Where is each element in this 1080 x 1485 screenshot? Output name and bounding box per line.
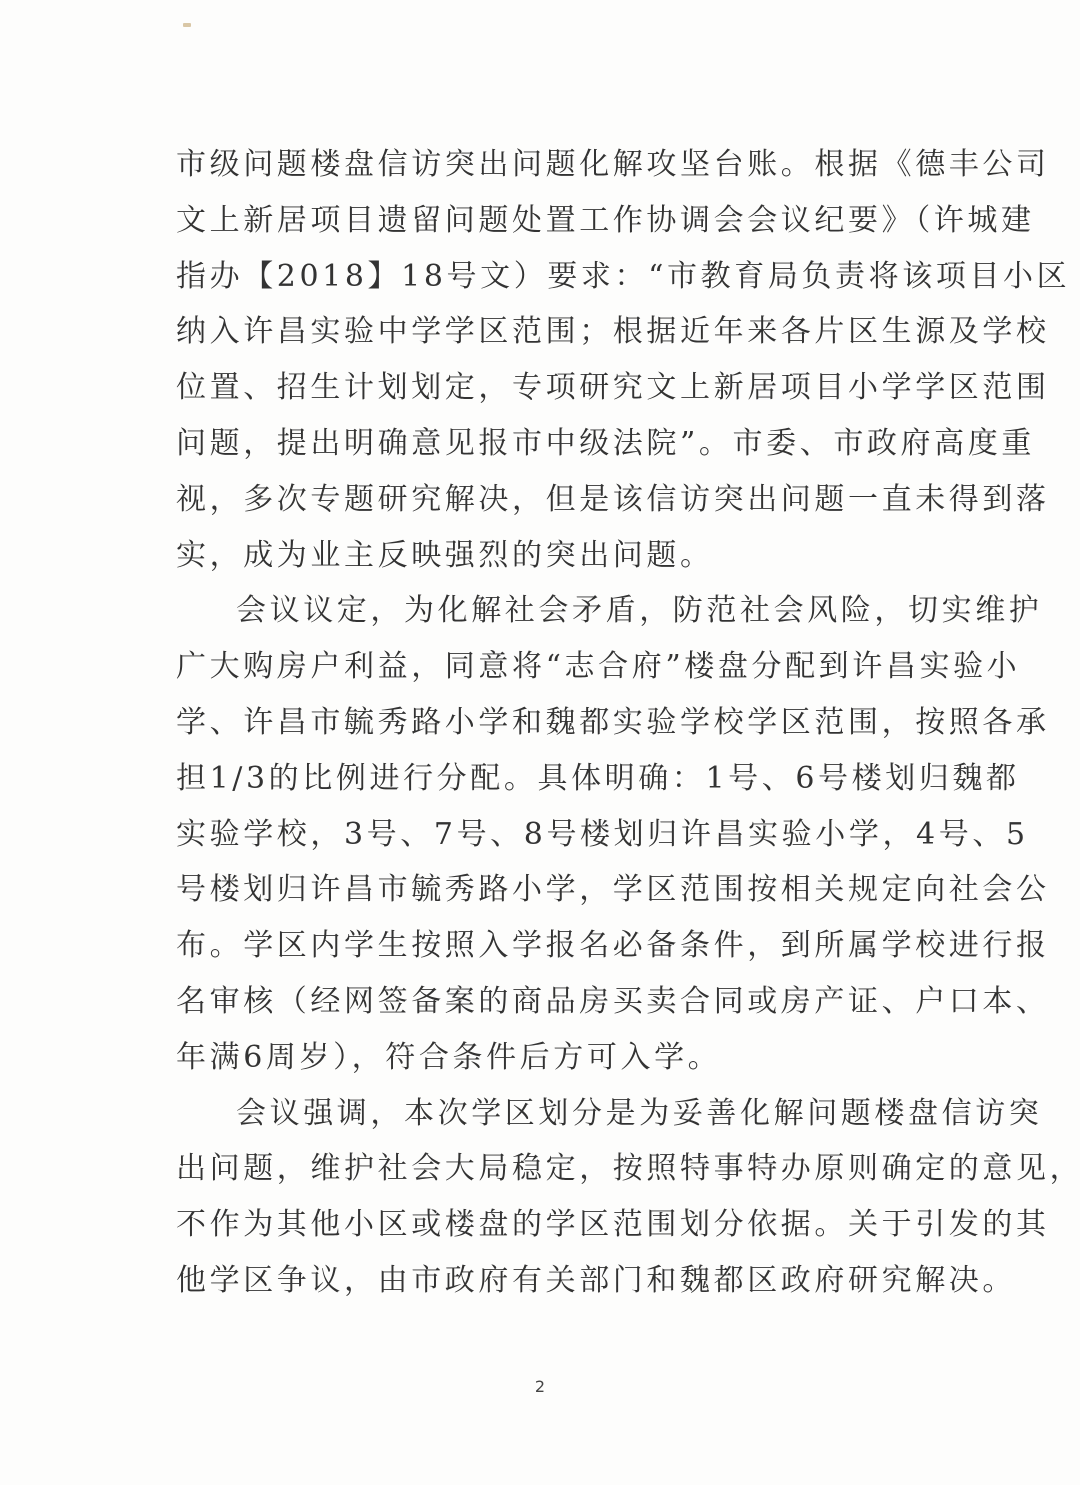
text-line: 出问题，维护社会大局稳定，按照特事特办原则确定的意见，: [176, 1141, 908, 1197]
text-line: 市级问题楼盘信访突出问题化解攻坚台账。根据《德丰公司: [176, 137, 908, 193]
scan-speck: [183, 23, 191, 27]
text-line: 指办【2018】18号文）要求：“市教育局负责将该项目小区: [176, 249, 908, 305]
paragraph-2: 会议议定，为化解社会矛盾，防范社会风险，切实维护 广大购房户利益，同意将“志合府…: [176, 583, 908, 1085]
text-line: 学、许昌市毓秀路小学和魏都实验学校学区范围，按照各承: [176, 695, 908, 751]
page-number: 2: [0, 1377, 1080, 1396]
text-line: 担1/3的比例进行分配。具体明确：1号、6号楼划归魏都: [176, 751, 908, 807]
text-line: 广大购房户利益，同意将“志合府”楼盘分配到许昌实验小: [176, 639, 908, 695]
text-line: 年满6周岁），符合条件后方可入学。: [176, 1030, 908, 1086]
text-line: 会议议定，为化解社会矛盾，防范社会风险，切实维护: [176, 583, 908, 639]
text-line: 他学区争议，由市政府有关部门和魏都区政府研究解决。: [176, 1253, 908, 1309]
text-line: 纳入许昌实验中学学区范围；根据近年来各片区生源及学校: [176, 304, 908, 360]
text-line: 实，成为业主反映强烈的突出问题。: [176, 528, 908, 584]
text-line: 名审核（经网签备案的商品房买卖合同或房产证、户口本、: [176, 974, 908, 1030]
text-line: 布。学区内学生按照入学报名必备条件，到所属学校进行报: [176, 918, 908, 974]
text-line: 位置、招生计划划定，专项研究文上新居项目小学学区范围: [176, 360, 908, 416]
text-line: 不作为其他小区或楼盘的学区范围划分依据。关于引发的其: [176, 1197, 908, 1253]
text-line: 视，多次专题研究解决，但是该信访突出问题一直未得到落: [176, 472, 908, 528]
text-line: 实验学校，3号、7号、8号楼划归许昌实验小学，4号、5: [176, 807, 908, 863]
document-page: 市级问题楼盘信访突出问题化解攻坚台账。根据《德丰公司 文上新居项目遗留问题处置工…: [0, 0, 1080, 1485]
text-line: 会议强调，本次学区划分是为妥善化解问题楼盘信访突: [176, 1086, 908, 1142]
text-line: 问题，提出明确意见报市中级法院”。市委、市政府高度重: [176, 416, 908, 472]
paragraph-3: 会议强调，本次学区划分是为妥善化解问题楼盘信访突 出问题，维护社会大局稳定，按照…: [176, 1086, 908, 1309]
text-line: 文上新居项目遗留问题处置工作协调会会议纪要》（许城建: [176, 193, 908, 249]
text-line: 号楼划归许昌市毓秀路小学，学区范围按相关规定向社会公: [176, 862, 908, 918]
paragraph-1: 市级问题楼盘信访突出问题化解攻坚台账。根据《德丰公司 文上新居项目遗留问题处置工…: [176, 137, 908, 583]
body-text: 市级问题楼盘信访突出问题化解攻坚台账。根据《德丰公司 文上新居项目遗留问题处置工…: [176, 137, 908, 1309]
